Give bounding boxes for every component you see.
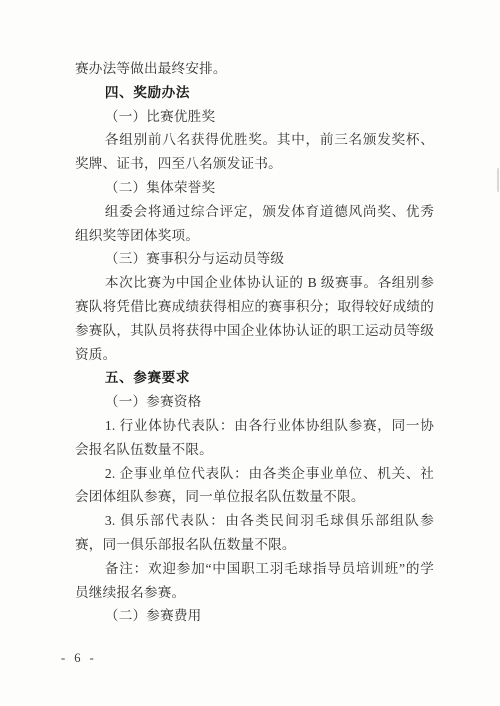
paragraph: 组委会将通过综合评定，颁发体育道德风尚奖、优秀组织奖等团体奖项。 <box>75 200 434 248</box>
document-body: 赛办法等做出最终安排。 四、奖励办法 （一）比赛优胜奖 各组别前八名获得优胜奖。… <box>75 57 434 628</box>
scanned-document-page: 赛办法等做出最终安排。 四、奖励办法 （一）比赛优胜奖 各组别前八名获得优胜奖。… <box>0 0 500 706</box>
sub-heading-5-1: （一）参赛资格 <box>75 390 434 414</box>
page-number: - 6 - <box>61 651 97 666</box>
sub-heading-5-2: （二）参赛费用 <box>75 604 434 628</box>
paragraph: 各组别前八名获得优胜奖。其中，前三名颁发奖杯、奖牌、证书，四至八名颁发证书。 <box>75 128 434 176</box>
sub-heading-4-3: （三）赛事积分与运动员等级 <box>75 247 434 271</box>
paragraph-continuation: 赛办法等做出最终安排。 <box>75 57 434 81</box>
paragraph-item-1: 1. 行业体协代表队：由各行业体协组队参赛，同一协会报名队伍数量不限。 <box>75 414 434 462</box>
paragraph-item-2: 2. 企事业单位代表队：由各类企事业单位、机关、社会团体组队参赛，同一单位报名队… <box>75 462 434 510</box>
section-heading-4: 四、奖励办法 <box>75 81 434 105</box>
scan-artifact <box>497 168 499 192</box>
paragraph: 本次比赛为中国企业体协认证的 B 级赛事。各组别参赛队将凭借比赛成绩获得相应的赛… <box>75 271 434 366</box>
paragraph-note: 备注：欢迎参加“中国职工羽毛球指导员培训班”的学员继续报名参赛。 <box>75 557 434 605</box>
sub-heading-4-2: （二）集体荣誉奖 <box>75 176 434 200</box>
paragraph-item-3: 3. 俱乐部代表队：由各类民间羽毛球俱乐部组队参赛，同一俱乐部报名队伍数量不限。 <box>75 509 434 557</box>
section-heading-5: 五、参赛要求 <box>75 366 434 390</box>
sub-heading-4-1: （一）比赛优胜奖 <box>75 105 434 129</box>
